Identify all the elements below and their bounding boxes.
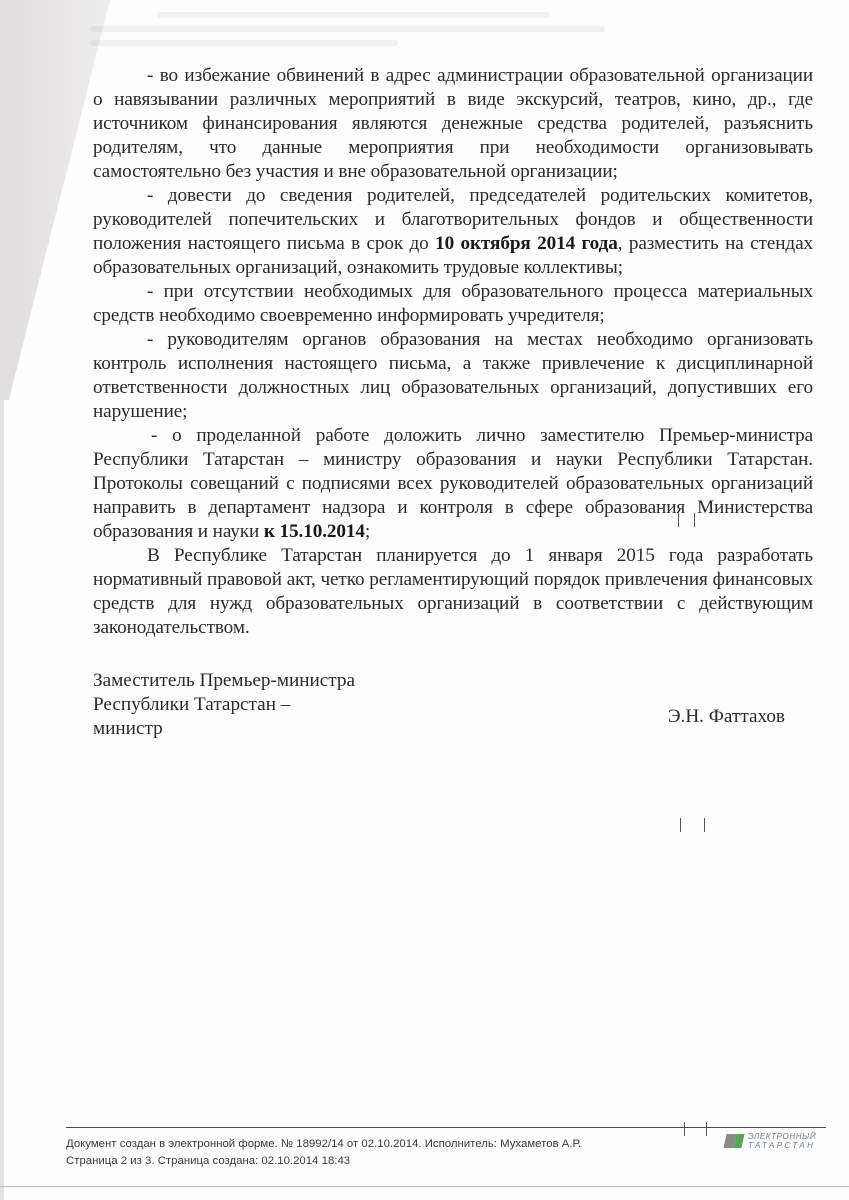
logo-text-line2: ТАТАРСТАН bbox=[748, 1141, 816, 1150]
scan-artifact bbox=[684, 1122, 685, 1136]
scan-left-edge bbox=[0, 400, 4, 1200]
paragraph-control: - руководителям органов образования на м… bbox=[93, 328, 813, 424]
scan-artifact bbox=[706, 1122, 707, 1136]
footer-document-info: Документ создан в электронной форме. № 1… bbox=[66, 1136, 581, 1153]
deadline-date: 10 октября 2014 года bbox=[435, 233, 618, 254]
bleed-through-text bbox=[90, 4, 650, 60]
scan-artifact bbox=[694, 513, 695, 527]
logo-icon bbox=[725, 1132, 745, 1150]
scan-artifact bbox=[704, 818, 705, 832]
scan-bottom-edge bbox=[0, 1186, 849, 1187]
signer-name: Э.Н. Фаттахов bbox=[668, 705, 785, 729]
scan-artifact bbox=[680, 818, 681, 832]
logo-text-line1: ЭЛЕКТРОННЫЙ bbox=[748, 1132, 816, 1141]
paragraph-normative-act: В Республике Татарстан планируется до 1 … bbox=[93, 544, 813, 640]
scan-artifact bbox=[678, 513, 679, 527]
electronic-tatarstan-logo: ЭЛЕКТРОННЫЙ ТАТАРСТАН bbox=[725, 1132, 816, 1150]
paragraph-report: - о проделанной работе доложить лично за… bbox=[93, 424, 813, 544]
letter-body: - во избежание обвинений в адрес админис… bbox=[93, 64, 813, 640]
signer-title-line: Заместитель Премьер-министра bbox=[93, 669, 813, 693]
signature-block: Заместитель Премьер-министра Республики … bbox=[93, 669, 813, 741]
paragraph-inform-founder: - при отсутствии необходимых для образов… bbox=[93, 280, 813, 328]
footer-page-info: Страница 2 из 3. Страница создана: 02.10… bbox=[66, 1153, 581, 1170]
document-footer: Документ создан в электронной форме. № 1… bbox=[66, 1136, 581, 1170]
report-deadline: к 15.10.2014 bbox=[264, 521, 365, 542]
paragraph-inform-parents: - довести до сведения родителей, председ… bbox=[93, 184, 813, 280]
paragraph-excursions: - во избежание обвинений в адрес админис… bbox=[93, 64, 813, 184]
footer-divider bbox=[66, 1127, 826, 1128]
